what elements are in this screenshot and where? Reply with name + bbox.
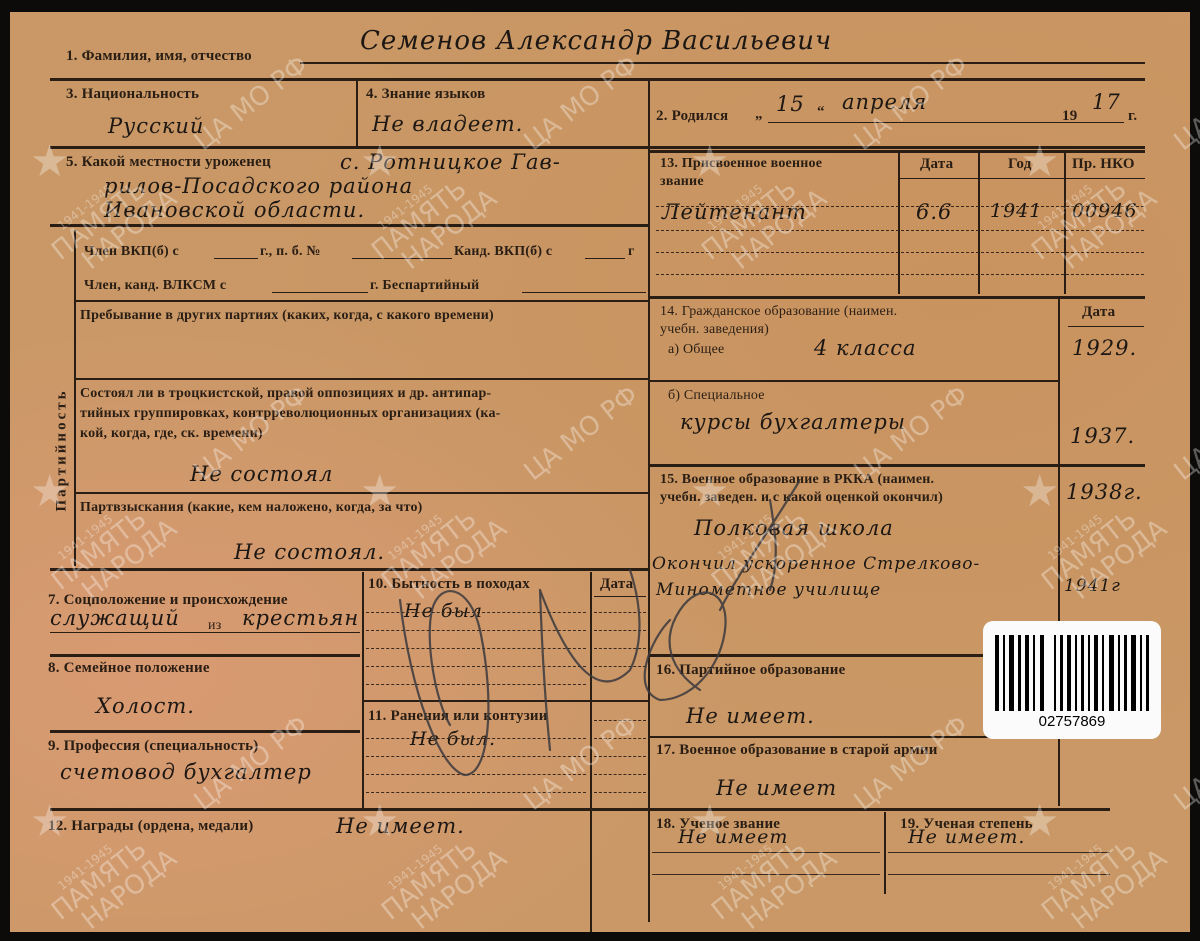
divider [74,378,648,380]
label-non-party: г. Беспартийный [370,278,479,294]
year-underline [1084,122,1124,123]
value-military-education-date-2: 1941г [1064,576,1121,596]
value-penalties: Не состоял. [234,540,385,564]
label-other-parties: Пребывание в других партиях (каких, когд… [80,308,494,324]
ruled-line [656,206,1144,207]
star-icon: ★ [1020,800,1059,844]
label-opposition-3: кой, когда, где, ск. времени) [80,426,263,442]
label-opposition-1: Состоял ли в троцкистской, правой оппози… [80,386,491,402]
value-military-education-2b: Минометное училище [656,580,881,600]
label-family-status: 8. Семейное положение [48,660,210,677]
value-special-education-date: 1937. [1070,424,1135,448]
blank-line [352,258,452,259]
ruled-line [888,852,1110,853]
divider [650,380,1058,382]
header-education-date: Дата [1082,304,1115,321]
party-side-label: Партийность [52,300,72,600]
divider [362,700,648,702]
value-rank-order: 00946 [1072,200,1137,222]
value-general-education-date: 1929. [1072,336,1137,360]
divider [978,152,980,294]
label-civil-education-2: учебн. заведения) [660,322,769,338]
star-icon: ★ [360,800,399,844]
ruled-line [594,756,646,757]
ruled-line [594,720,646,721]
value-born-day: 15 [776,92,805,116]
divider [884,812,886,894]
value-born-month: апреля [842,90,927,114]
label-born-unit: г. [1128,108,1137,125]
value-rank-year: 1941 [990,200,1042,222]
divider [356,80,358,146]
star-icon: ★ [360,470,399,514]
value-opposition: Не состоял [190,462,333,486]
ruled-line [656,252,1144,253]
label-birthplace: 5. Какой местности уроженец [66,154,271,171]
value-languages: Не владеет. [372,112,523,136]
divider [50,78,1145,81]
star-icon: ★ [690,140,729,184]
label-party-card-no: г., п. б. № [260,244,321,260]
value-born-year: 17 [1092,90,1121,114]
ruled-line [652,852,880,853]
name-underline [300,62,1145,64]
underline [594,596,646,597]
born-underline [768,122,1088,123]
label-campaigns-date: Дата [600,576,633,593]
ruled-line [366,666,586,667]
value-campaigns: Не был [404,600,483,622]
divider [590,572,592,932]
ruled-line [366,756,586,757]
ruled-line [594,666,646,667]
ruled-line [366,630,586,631]
label-languages: 4. Знание языков [366,86,485,103]
value-general-education: 4 класса [814,336,917,360]
label-vlksm: Член, канд. ВЛКСМ с [84,278,226,294]
divider [74,300,648,302]
value-military-education-2a: Окончил ускоренное Стрелково- [652,554,980,574]
ruled-line [656,230,1144,231]
value-birthplace-3: Ивановской области. [104,198,365,222]
label-civil-education-1: 14. Гражданское образование (наимен. [660,304,897,320]
star-icon: ★ [30,800,69,844]
label-general-education: а) Общее [668,342,724,358]
divider [898,152,900,294]
value-special-education: курсы бухгалтеры [680,410,906,434]
value-military-education-1: Полковая школа [694,516,894,540]
ruled-line [888,874,1110,875]
label-wounds: 11. Ранения или контузии [368,708,548,725]
ruled-line [594,792,646,793]
ruled-line [366,774,586,775]
divider [648,80,650,922]
star-icon: ★ [1020,140,1059,184]
divider [50,808,1110,811]
ruled-line [656,274,1144,275]
label-born: 2. Родился [656,108,728,125]
value-rank: Лейтенант [662,200,807,224]
label-campaigns: 10. Бытность в походах [368,576,530,593]
label-party-education: 16. Партийное образование [656,662,845,679]
label-nationality: 3. Национальность [66,86,199,103]
label-year-unit: г [628,244,635,260]
divider [50,146,1145,149]
header-rank-date: Дата [920,156,953,173]
barcode-icon [995,635,1149,711]
label-vkpb-member: Член ВКП(б) с [84,244,179,260]
value-wounds: Не был. [410,728,496,750]
value-old-army-education: Не имеет [716,776,837,800]
value-family-status: Холост. [96,694,195,718]
label-special-education: б) Специальное [668,388,765,404]
blank-line [214,258,258,259]
blank-line [522,292,646,293]
ruled-line [366,684,586,685]
label-awards: 12. Награды (ордена, медали) [48,818,253,835]
ruled-line [594,774,646,775]
party-block-border [74,230,76,566]
divider [50,224,648,227]
header-rank-order: Пр. НКО [1072,156,1135,173]
label-rank-1: 13. Присвоенное военное [660,156,822,172]
underline [50,632,360,633]
blank-line [272,292,368,293]
label-vkpb-candidate: Канд. ВКП(б) с [454,244,552,260]
barcode-number: 02757869 [983,713,1161,730]
value-profession: счетовод бухгалтер [60,760,312,784]
ruled-line [366,648,586,649]
ruled-line [594,612,646,613]
quote-close: “ [817,104,825,121]
star-icon: ★ [360,140,399,184]
quote-open: „ [755,106,763,123]
label-full-name: 1. Фамилия, имя, отчество [66,48,252,65]
value-academic-degree: Не имеет. [908,826,1025,848]
value-social-origin: крестьян [242,606,359,630]
label-opposition-2: тийных группировках, контрреволюционных … [80,406,501,422]
divider [50,568,648,571]
label-profession: 9. Профессия (специальность) [48,738,258,755]
divider [362,572,364,810]
barcode-sticker: 02757869 [983,621,1161,739]
ruled-line [594,648,646,649]
value-party-education: Не имеет. [686,704,815,728]
ruled-line [594,630,646,631]
star-icon: ★ [30,470,69,514]
divider [50,730,360,733]
ruled-line [594,738,646,739]
star-icon: ★ [690,470,729,514]
value-nationality: Русский [108,114,204,138]
divider [1064,152,1066,294]
ruled-line [366,612,586,613]
ruled-line [366,738,586,739]
divider [50,654,360,657]
star-icon: ★ [30,140,69,184]
value-military-education-date-1: 1938г. [1066,480,1143,504]
value-awards: Не имеет. [336,814,465,838]
divider [650,296,1145,299]
ruled-line [366,792,586,793]
underline [1068,326,1144,327]
ruled-line [652,874,880,875]
blank-line [585,258,625,259]
star-icon: ★ [690,800,729,844]
value-social-status: служащий [50,606,180,630]
value-rank-date: 6.6 [916,200,952,224]
label-old-army-education: 17. Военное образование в старой армии [656,742,938,759]
star-icon: ★ [1020,470,1059,514]
label-born-century: 19 [1062,108,1077,125]
value-full-name: Семенов Александр Васильевич [360,26,832,56]
